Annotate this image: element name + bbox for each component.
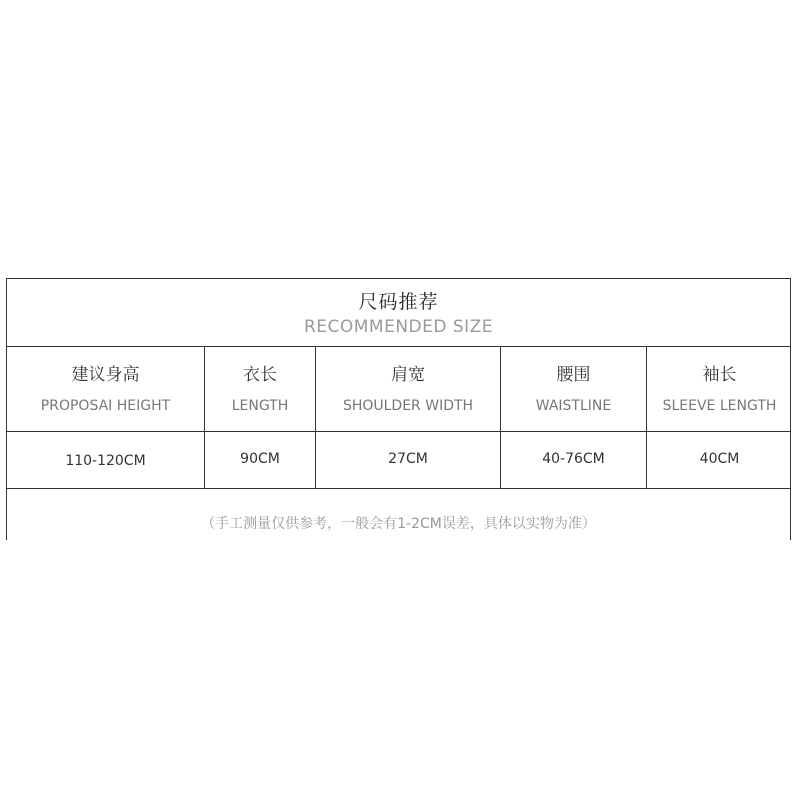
header-en: LENGTH [205, 398, 315, 414]
header-en: PROPOSAI HEIGHT [7, 398, 204, 414]
header-cn: 肩宽 [316, 360, 500, 385]
header-cn: 腰围 [501, 360, 646, 385]
header-en: SLEEVE LENGTH [647, 398, 792, 414]
size-chart-table: 尺码推荐 RECOMMENDED SIZE 建议身高 PROPOSAI HEIG… [6, 278, 791, 540]
value-sleeve: 40CM [647, 431, 792, 488]
value-shoulder: 27CM [316, 431, 501, 488]
value-waist: 40-76CM [501, 431, 647, 488]
title-chinese: 尺码推荐 [7, 287, 790, 314]
header-cn: 衣长 [205, 360, 315, 385]
header-cell-waist: 腰围 WAISTLINE [501, 346, 647, 431]
header-cell-height: 建议身高 PROPOSAI HEIGHT [7, 346, 205, 431]
header-cell-sleeve: 袖长 SLEEVE LENGTH [647, 346, 792, 431]
title-row: 尺码推荐 RECOMMENDED SIZE [7, 279, 790, 347]
measurement-note: （手工测量仅供参考，一般会有1-2CM误差，具体以实物为准） [7, 513, 790, 533]
header-en: SHOULDER WIDTH [316, 398, 500, 414]
value-length: 90CM [205, 431, 316, 488]
table-row: 110-120CM 90CM 27CM 40-76CM 40CM [7, 431, 790, 489]
value-height: 110-120CM [7, 431, 205, 488]
header-cn: 建议身高 [7, 360, 204, 385]
header-cell-length: 衣长 LENGTH [205, 346, 316, 431]
header-en: WAISTLINE [501, 398, 646, 414]
header-row: 建议身高 PROPOSAI HEIGHT 衣长 LENGTH 肩宽 SHOULD… [7, 346, 790, 432]
header-cell-shoulder: 肩宽 SHOULDER WIDTH [316, 346, 501, 431]
header-cn: 袖长 [647, 360, 792, 385]
title-english: RECOMMENDED SIZE [7, 317, 790, 337]
